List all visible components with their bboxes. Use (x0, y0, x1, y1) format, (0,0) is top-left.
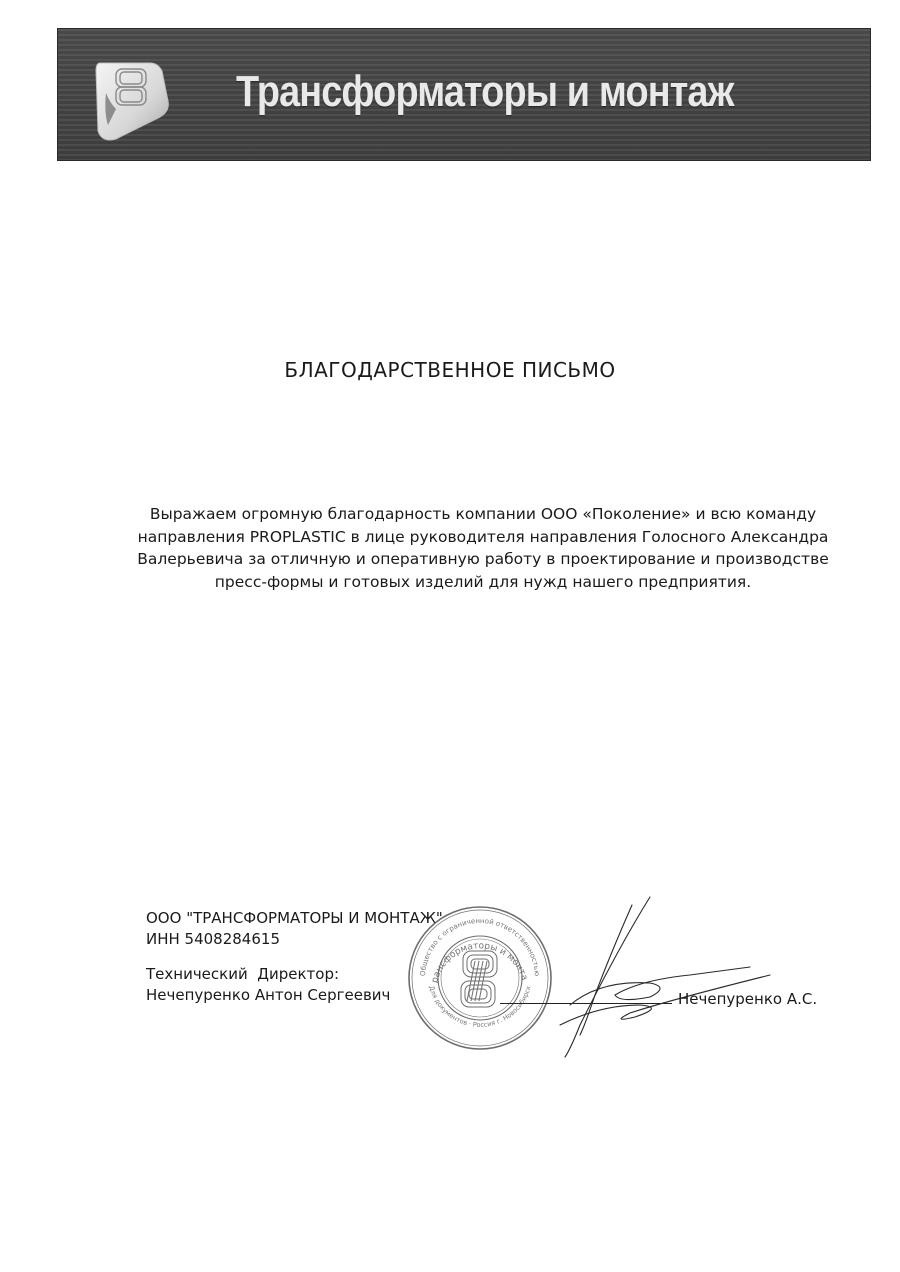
organization-name: ООО "ТРАНСФОРМАТОРЫ И МОНТАЖ" (146, 908, 443, 929)
body-line: пресс-формы и готовых изделий для нужд н… (133, 571, 833, 594)
handwritten-signature-icon (540, 885, 780, 1065)
body-line: Выражаем огромную благодарность компании… (133, 503, 833, 526)
stamp-seal-icon: Общество с ограниченной ответственностью… (405, 903, 555, 1053)
signer-full-name: Нечепуренко Антон Сергеевич (146, 985, 443, 1006)
header-banner: Трансформаторы и монтаж (57, 28, 871, 161)
letter-body: Выражаем огромную благодарность компании… (133, 503, 833, 593)
signature-block: ООО "ТРАНСФОРМАТОРЫ И МОНТАЖ" ИНН 540828… (146, 908, 443, 1006)
signer-short-name: Нечепуренко А.С. (678, 990, 817, 1008)
document-title: БЛАГОДАРСТВЕННОЕ ПИСЬМО (0, 358, 900, 382)
body-line: Валерьевича за отличную и оперативную ра… (133, 548, 833, 571)
body-line: направления PROPLASTIC в лице руководите… (133, 526, 833, 549)
inn-number: ИНН 5408284615 (146, 929, 443, 950)
company-logo-icon (94, 57, 170, 141)
signer-position: Технический Директор: (146, 964, 443, 985)
company-title: Трансформаторы и монтаж (236, 67, 734, 117)
